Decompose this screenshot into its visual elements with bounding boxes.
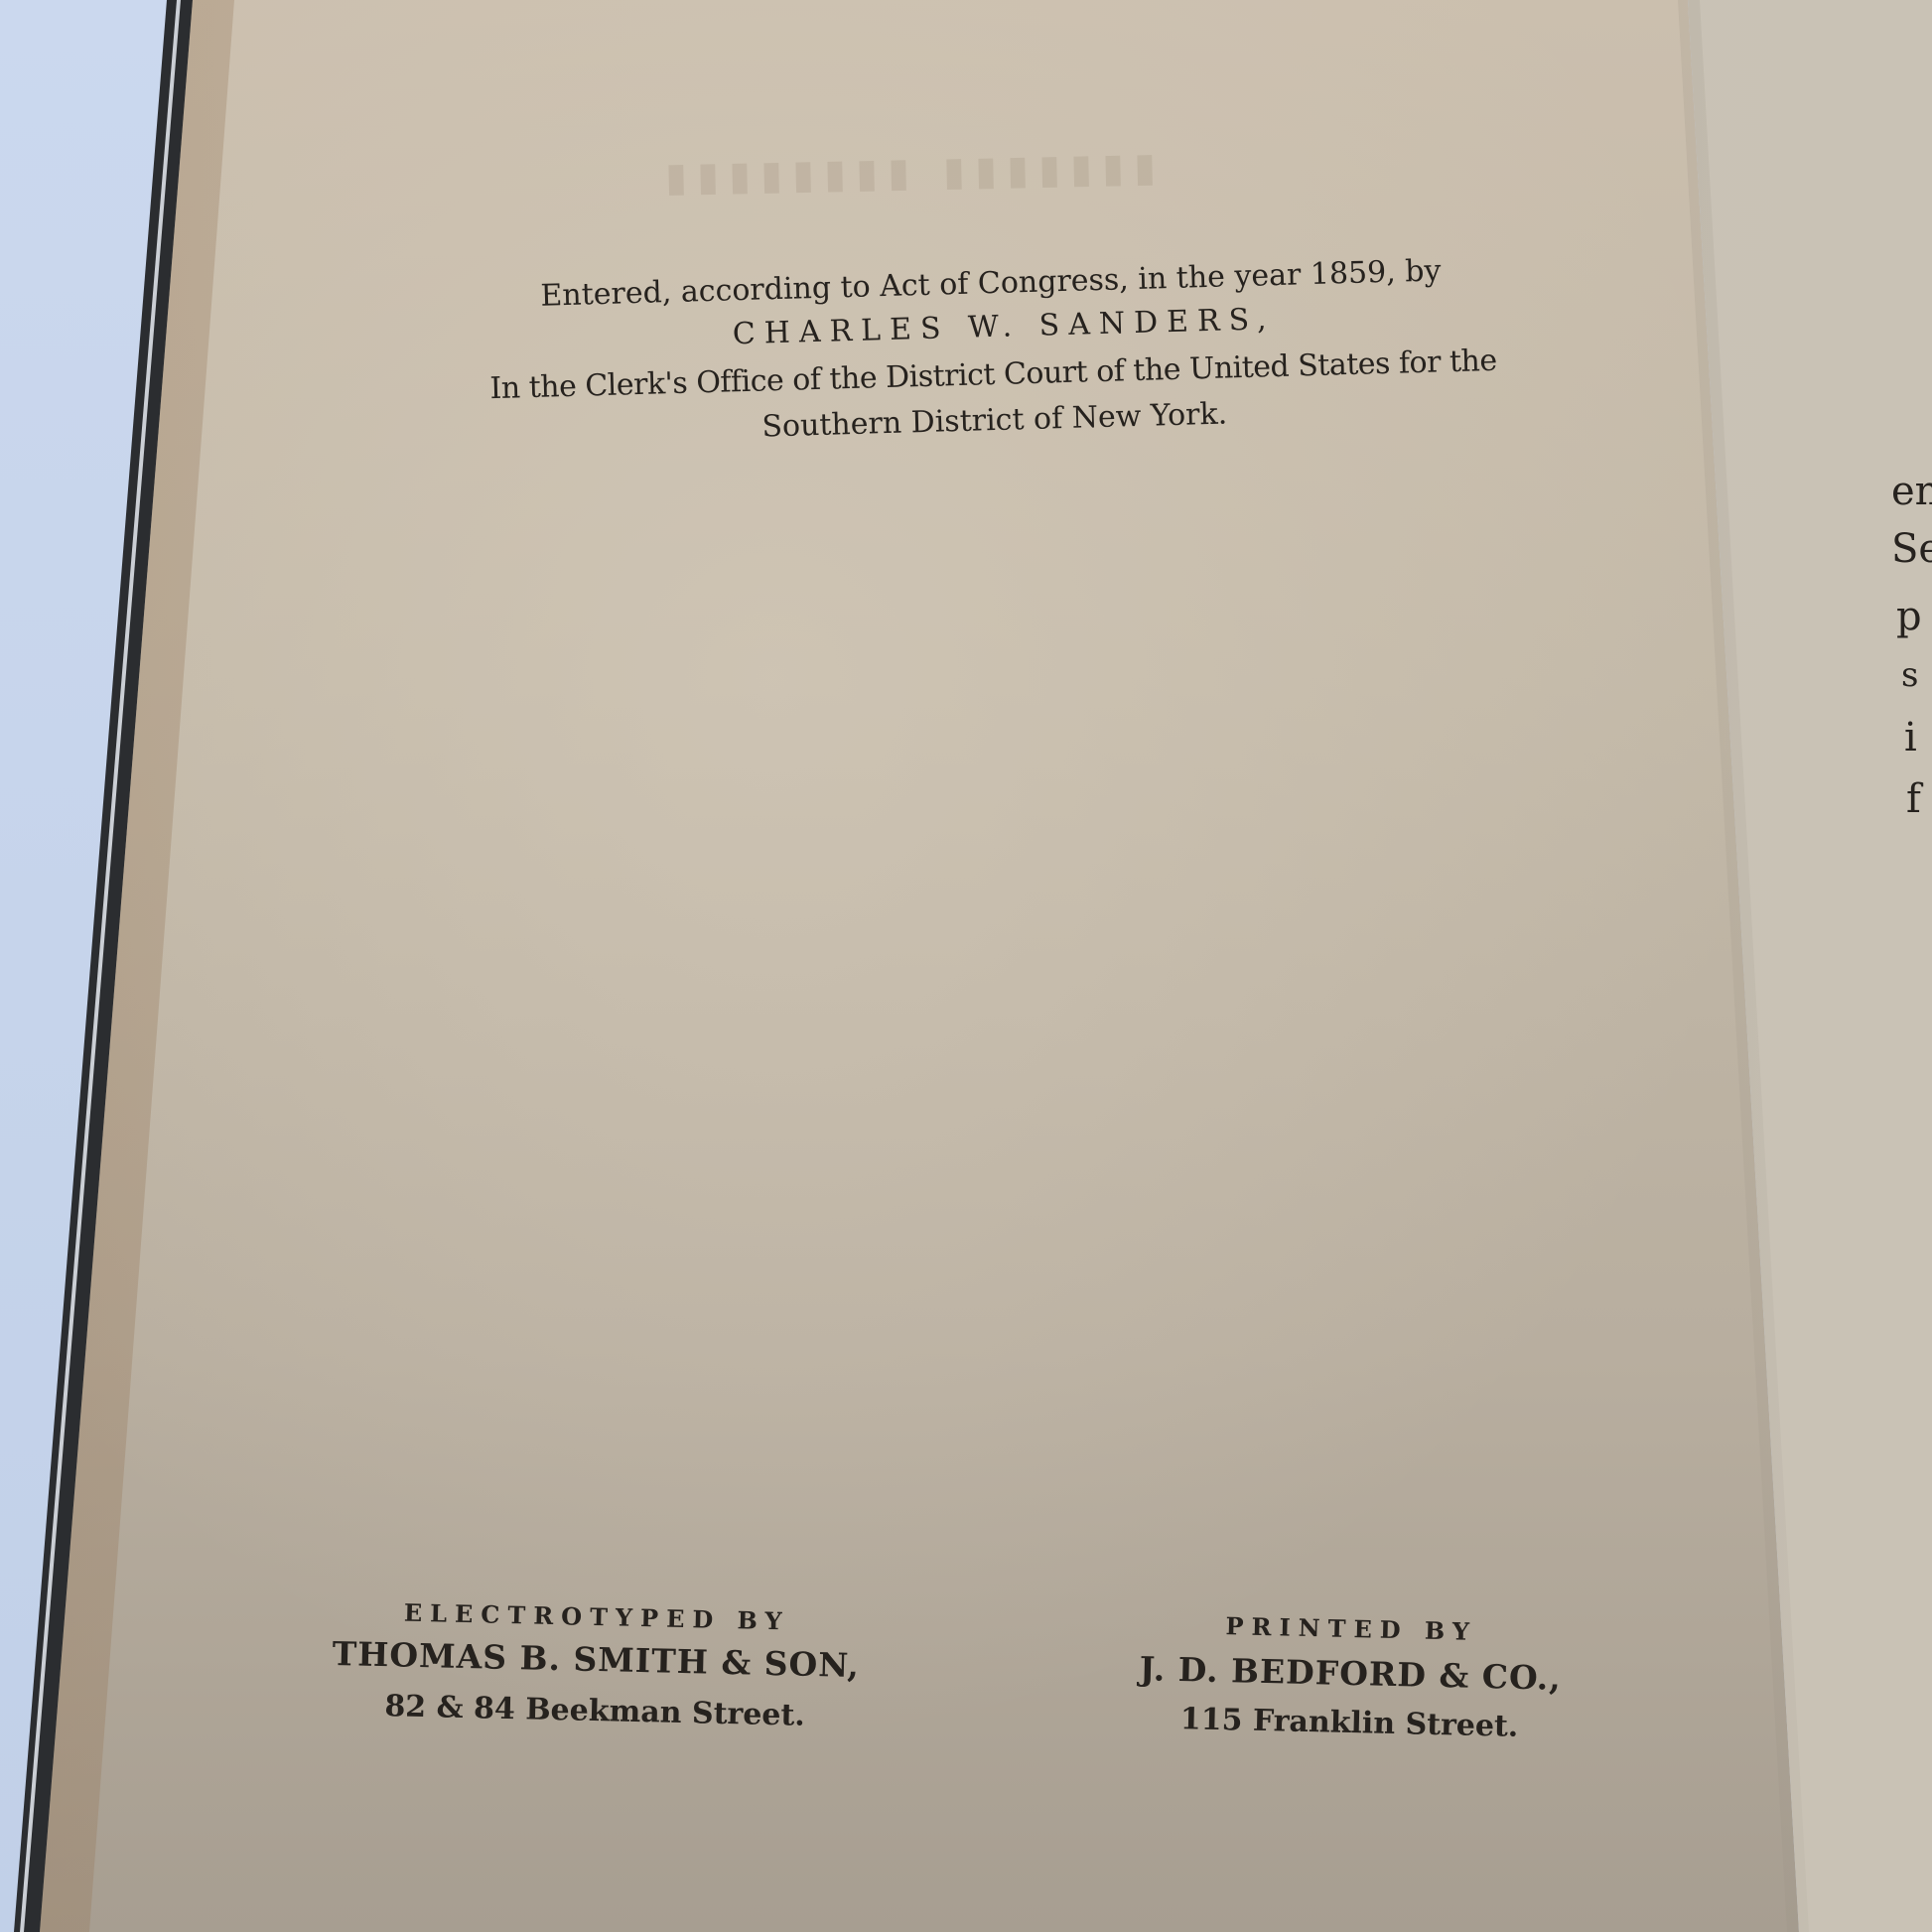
facing-page-fragment: f bbox=[1906, 776, 1921, 822]
facing-page-fragment: en bbox=[1891, 469, 1932, 514]
facing-page-fragment: i bbox=[1904, 715, 1917, 760]
electrotyper-name: THOMAS B. SMITH & SON, bbox=[328, 1634, 865, 1685]
printer-address: 115 Franklin Street. bbox=[1121, 1701, 1579, 1745]
electrotyper-imprint: ELECTROTYPED BY THOMAS B. SMITH & SON, 8… bbox=[326, 1596, 865, 1747]
printer-imprint: PRINTED BY J. D. BEDFORD & CO., 115 Fran… bbox=[1120, 1609, 1580, 1758]
facing-page-fragment: s bbox=[1901, 655, 1918, 695]
facing-page-fragment: Se bbox=[1891, 526, 1932, 572]
printer-name: J. D. BEDFORD & CO., bbox=[1122, 1649, 1580, 1698]
electrotyper-address: 82 & 84 Beekman Street. bbox=[327, 1688, 864, 1734]
copyright-notice: Entered, according to Act of Congress, i… bbox=[415, 250, 1572, 461]
facing-page-fragment: p bbox=[1896, 594, 1922, 639]
